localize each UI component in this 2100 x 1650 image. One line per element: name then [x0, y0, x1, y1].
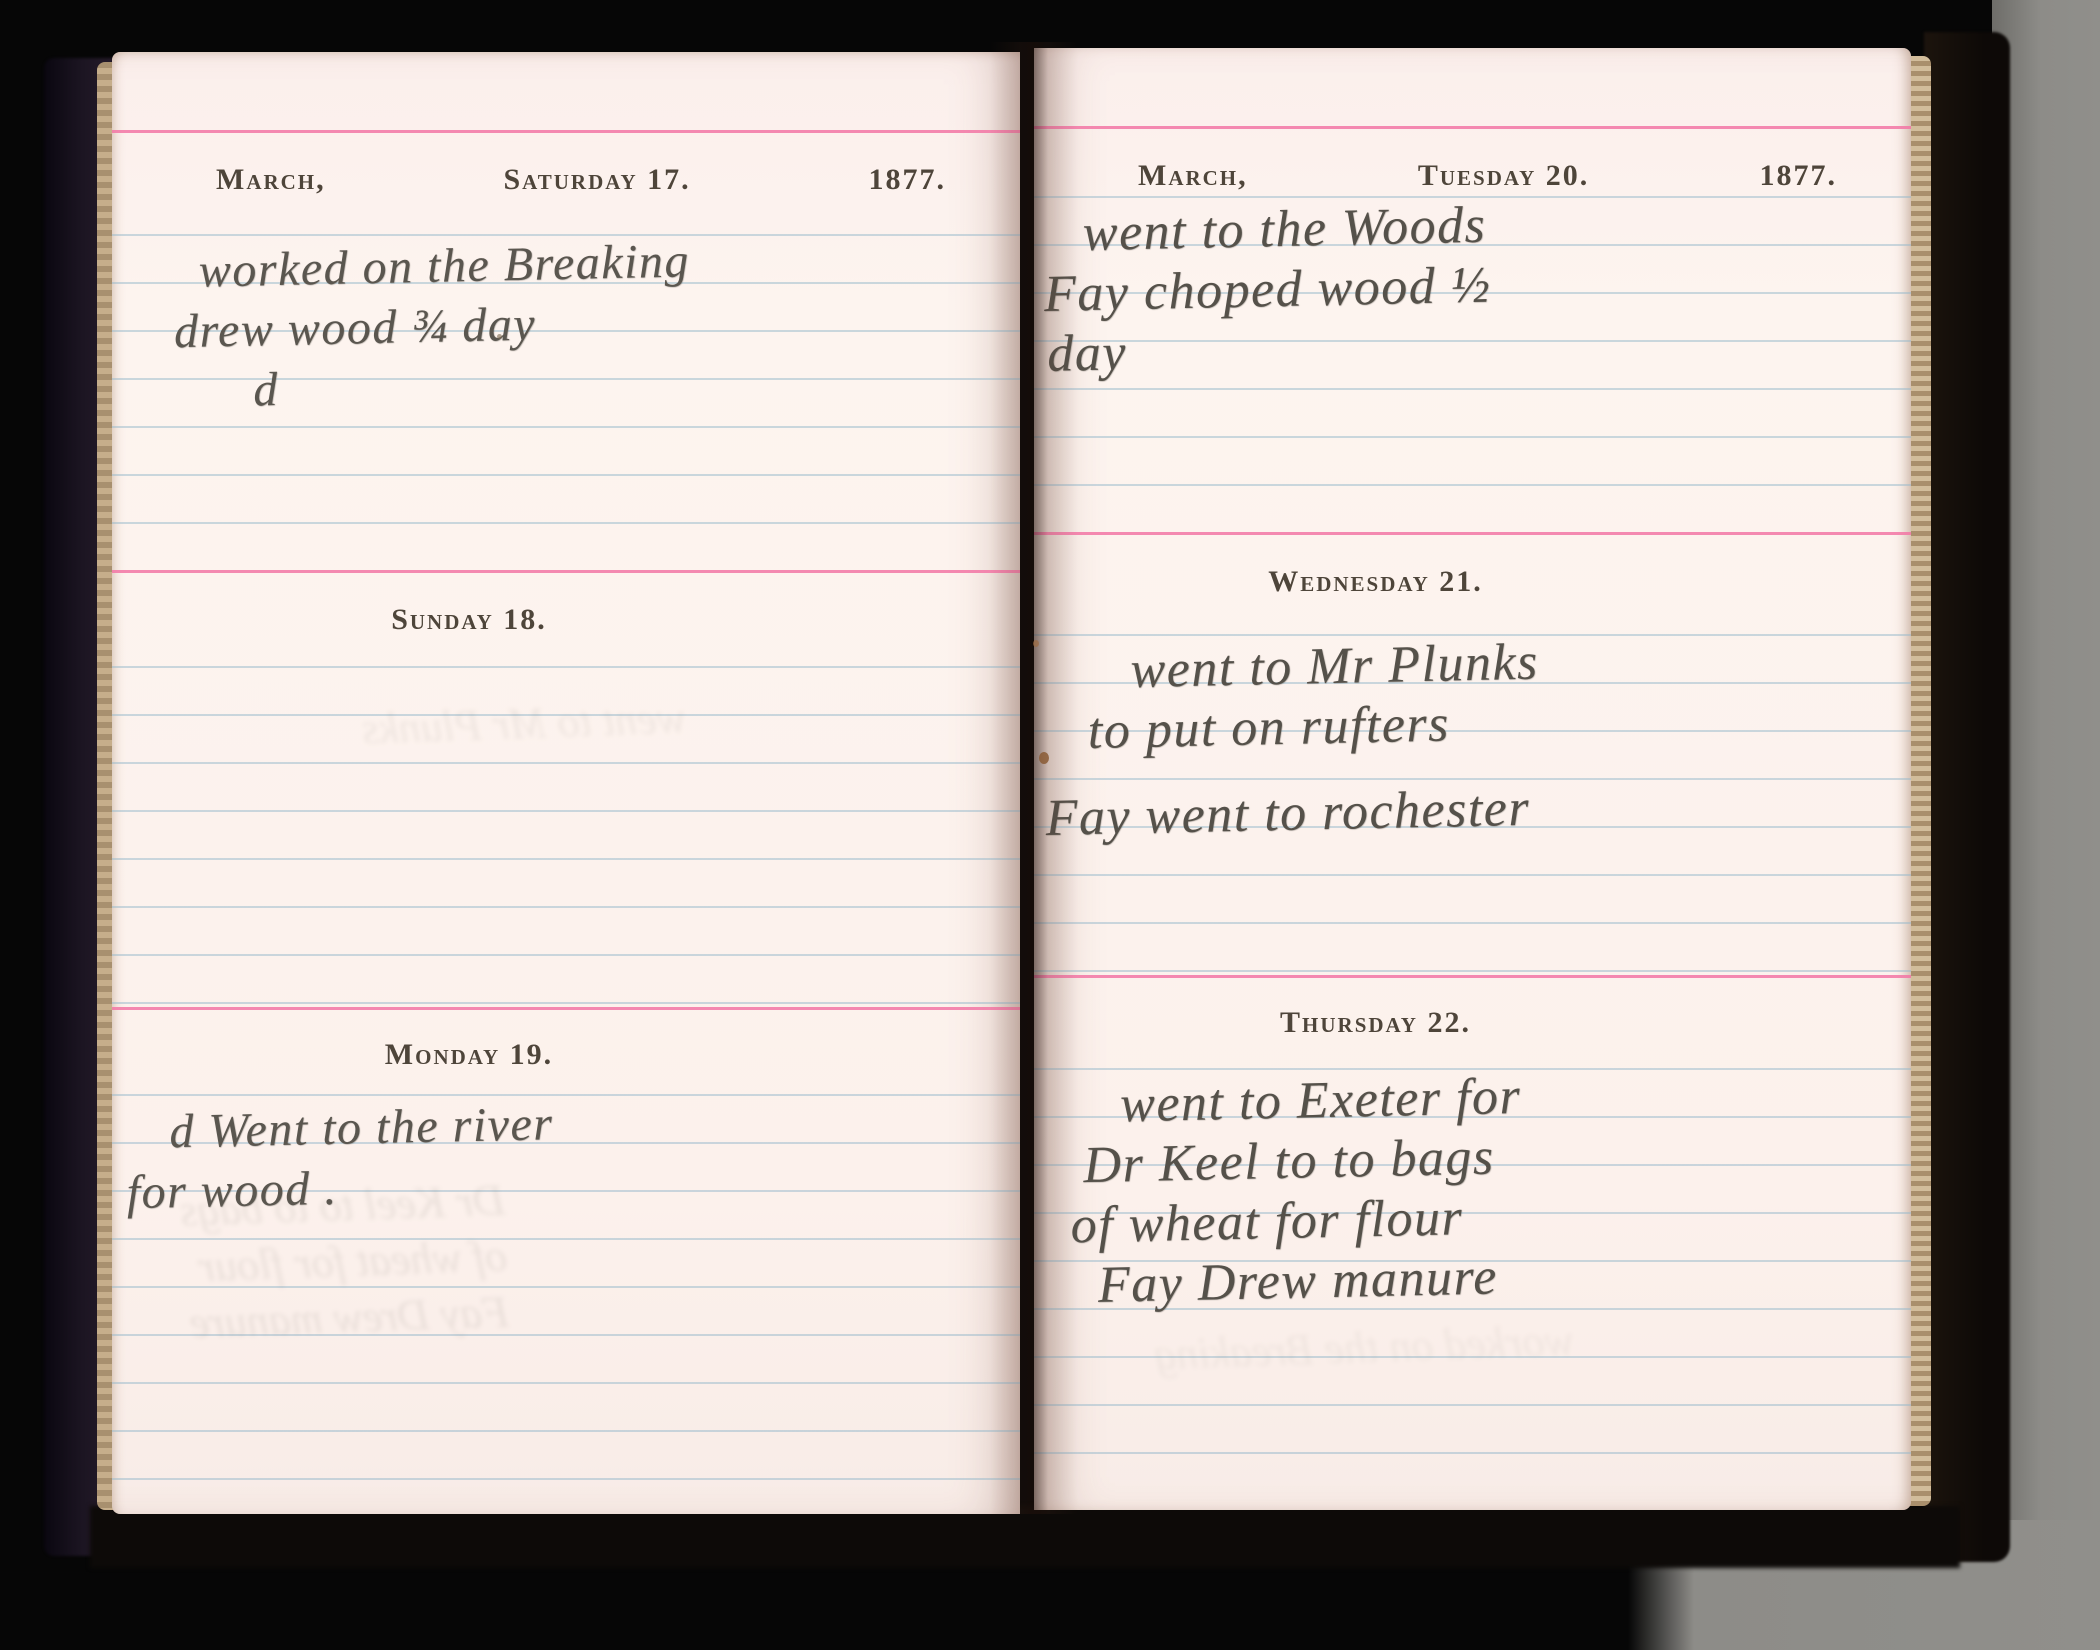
- ruled-area: worked on the Breaking drew wood ¾ day d: [112, 234, 1020, 570]
- paper-speck: [497, 334, 502, 339]
- ruled-area: d Went to the river for wood . Dr Keel t…: [112, 1094, 1020, 1498]
- show-through-writing: went to Mr Plunks: [361, 690, 687, 757]
- entry-section-saturday-17: March, Saturday 17. 1877. worked on the …: [112, 133, 1020, 570]
- paper-speck: [1039, 752, 1049, 764]
- handwritten-entry: d Went to the river for wood .: [112, 1085, 1020, 1224]
- month-label: March,: [216, 163, 326, 197]
- month-label: March,: [1138, 159, 1248, 193]
- handwritten-entry: went to Mr Plunks to put on rufters Fay …: [1034, 625, 1911, 849]
- day-label: Thursday 22.: [1280, 1006, 1471, 1040]
- entry-section-monday-19: Monday 19. d Went to the river for wood …: [112, 1010, 1020, 1498]
- year-label: 1877.: [1760, 159, 1838, 193]
- paper-speck: [1033, 640, 1039, 647]
- section-header: Wednesday 21.: [1034, 535, 1911, 628]
- page-block-edge-right: [1910, 56, 1931, 1506]
- ruled-area: went to the Woods Fay choped wood ½ day: [1034, 196, 1911, 532]
- show-through-writing: worked on the Breaking: [1153, 1313, 1575, 1384]
- diary-page-left: March, Saturday 17. 1877. worked on the …: [112, 52, 1020, 1514]
- day-label: Sunday 18.: [391, 603, 547, 637]
- ruled-area: went to Mr Plunks: [112, 666, 1020, 1007]
- entry-section-sunday-18: Sunday 18. went to Mr Plunks: [112, 573, 1020, 1007]
- section-header: Sunday 18.: [112, 573, 1020, 666]
- handwriting-line: Fay went to rochester: [1035, 771, 1911, 849]
- handwritten-entry: worked on the Breaking drew wood ¾ day d: [112, 225, 1020, 424]
- book-cover-bottom-edge: [90, 1506, 1960, 1568]
- year-label: 1877.: [868, 163, 946, 197]
- day-label: Wednesday 21.: [1268, 565, 1483, 599]
- ruled-area: went to Exeter for Dr Keel to to bags of…: [1034, 1068, 1911, 1472]
- ruled-area: went to Mr Plunks to put on rufters Fay …: [1034, 634, 1911, 975]
- entry-section-tuesday-20: March, Tuesday 20. 1877. went to the Woo…: [1034, 129, 1911, 532]
- day-label: Monday 19.: [385, 1038, 553, 1072]
- section-header: March, Saturday 17. 1877.: [112, 133, 1020, 226]
- handwritten-entry: went to Exeter for Dr Keel to to bags of…: [1034, 1059, 1911, 1317]
- handwritten-entry: went to the Woods Fay choped wood ½ day: [1034, 187, 1911, 385]
- day-label: Tuesday 20.: [1418, 159, 1589, 193]
- page-top-margin: [112, 52, 1020, 130]
- book-cover-right-edge: [1924, 32, 2010, 1562]
- day-label: Saturday 17.: [503, 163, 690, 197]
- scanned-diary-spread: March, Saturday 17. 1877. worked on the …: [0, 0, 2100, 1650]
- diary-page-right: March, Tuesday 20. 1877. went to the Woo…: [1034, 48, 1911, 1510]
- section-header: Thursday 22.: [1034, 978, 1911, 1068]
- page-top-margin: [1034, 48, 1911, 126]
- entry-section-thursday-22: Thursday 22. went to Exeter for Dr Keel …: [1034, 978, 1911, 1472]
- entry-section-wednesday-21: Wednesday 21. went to Mr Plunks to put o…: [1034, 535, 1911, 975]
